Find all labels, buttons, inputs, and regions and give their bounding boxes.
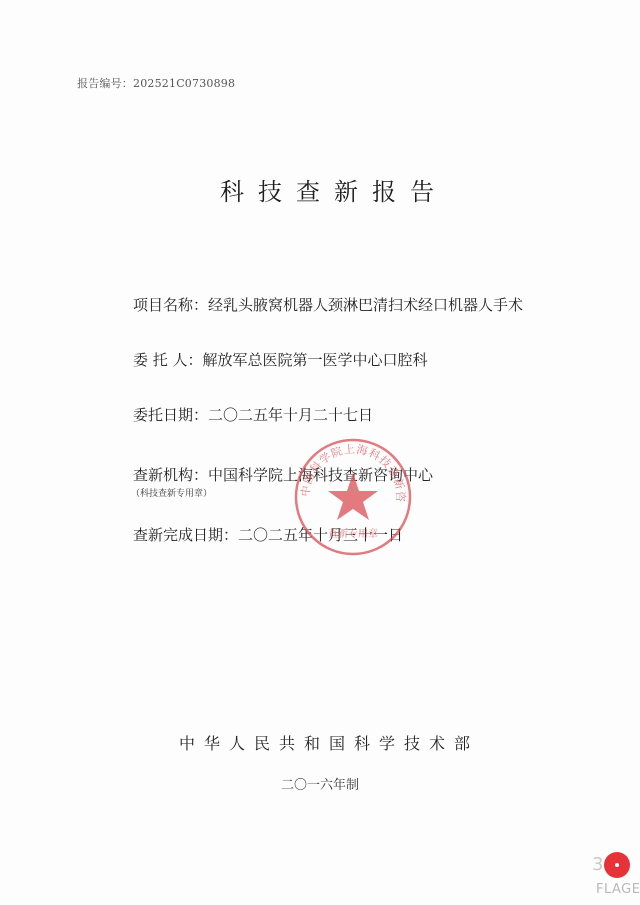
field-label: 项目名称： [133, 296, 208, 314]
watermark-dot-icon [604, 852, 630, 878]
field-completion-date: 查新完成日期：二〇二五年十月三十一日 [133, 524, 403, 545]
institution-seal-note: （科技查新专用章） [131, 486, 212, 499]
field-commission-date: 委托日期：二〇二五年十月二十七日 [133, 404, 373, 425]
document-title: 科技查新报告 [0, 172, 640, 207]
watermark-text: FLAGE [596, 882, 640, 897]
field-label: 查新完成日期： [133, 526, 238, 544]
issuing-ministry: 中华人民共和国科学技术部 [0, 731, 640, 754]
field-value: 二〇二五年十月二十七日 [208, 406, 373, 424]
field-value: 二〇二五年十月三十一日 [238, 526, 403, 544]
field-client: 委 托 人：解放军总医院第一医学中心口腔科 [133, 349, 428, 370]
field-value: 经乳头腋窝机器人颈淋巴清扫术经口机器人手术 [208, 296, 523, 314]
report-number-label: 报告编号： [77, 77, 133, 90]
report-number-value: 202521C0730898 [133, 77, 235, 90]
field-value: 中国科学院上海科技查新咨询中心 [208, 466, 433, 484]
field-label: 委托日期： [133, 406, 208, 424]
field-institution: 查新机构：中国科学院上海科技查新咨询中心 [133, 464, 433, 485]
watermark-logo: 3 FLAGE [594, 850, 640, 905]
report-page: 报告编号：202521C0730898 科技查新报告 项目名称：经乳头腋窝机器人… [0, 0, 640, 905]
field-label: 委 托 人： [133, 351, 203, 369]
field-value: 解放军总医院第一医学中心口腔科 [203, 351, 428, 369]
field-project-name: 项目名称：经乳头腋窝机器人颈淋巴清扫术经口机器人手术 [133, 294, 523, 315]
made-year: 二〇一六年制 [0, 774, 640, 793]
report-number: 报告编号：202521C0730898 [77, 75, 235, 91]
watermark-number: 3 [592, 854, 603, 875]
field-label: 查新机构： [133, 466, 208, 484]
